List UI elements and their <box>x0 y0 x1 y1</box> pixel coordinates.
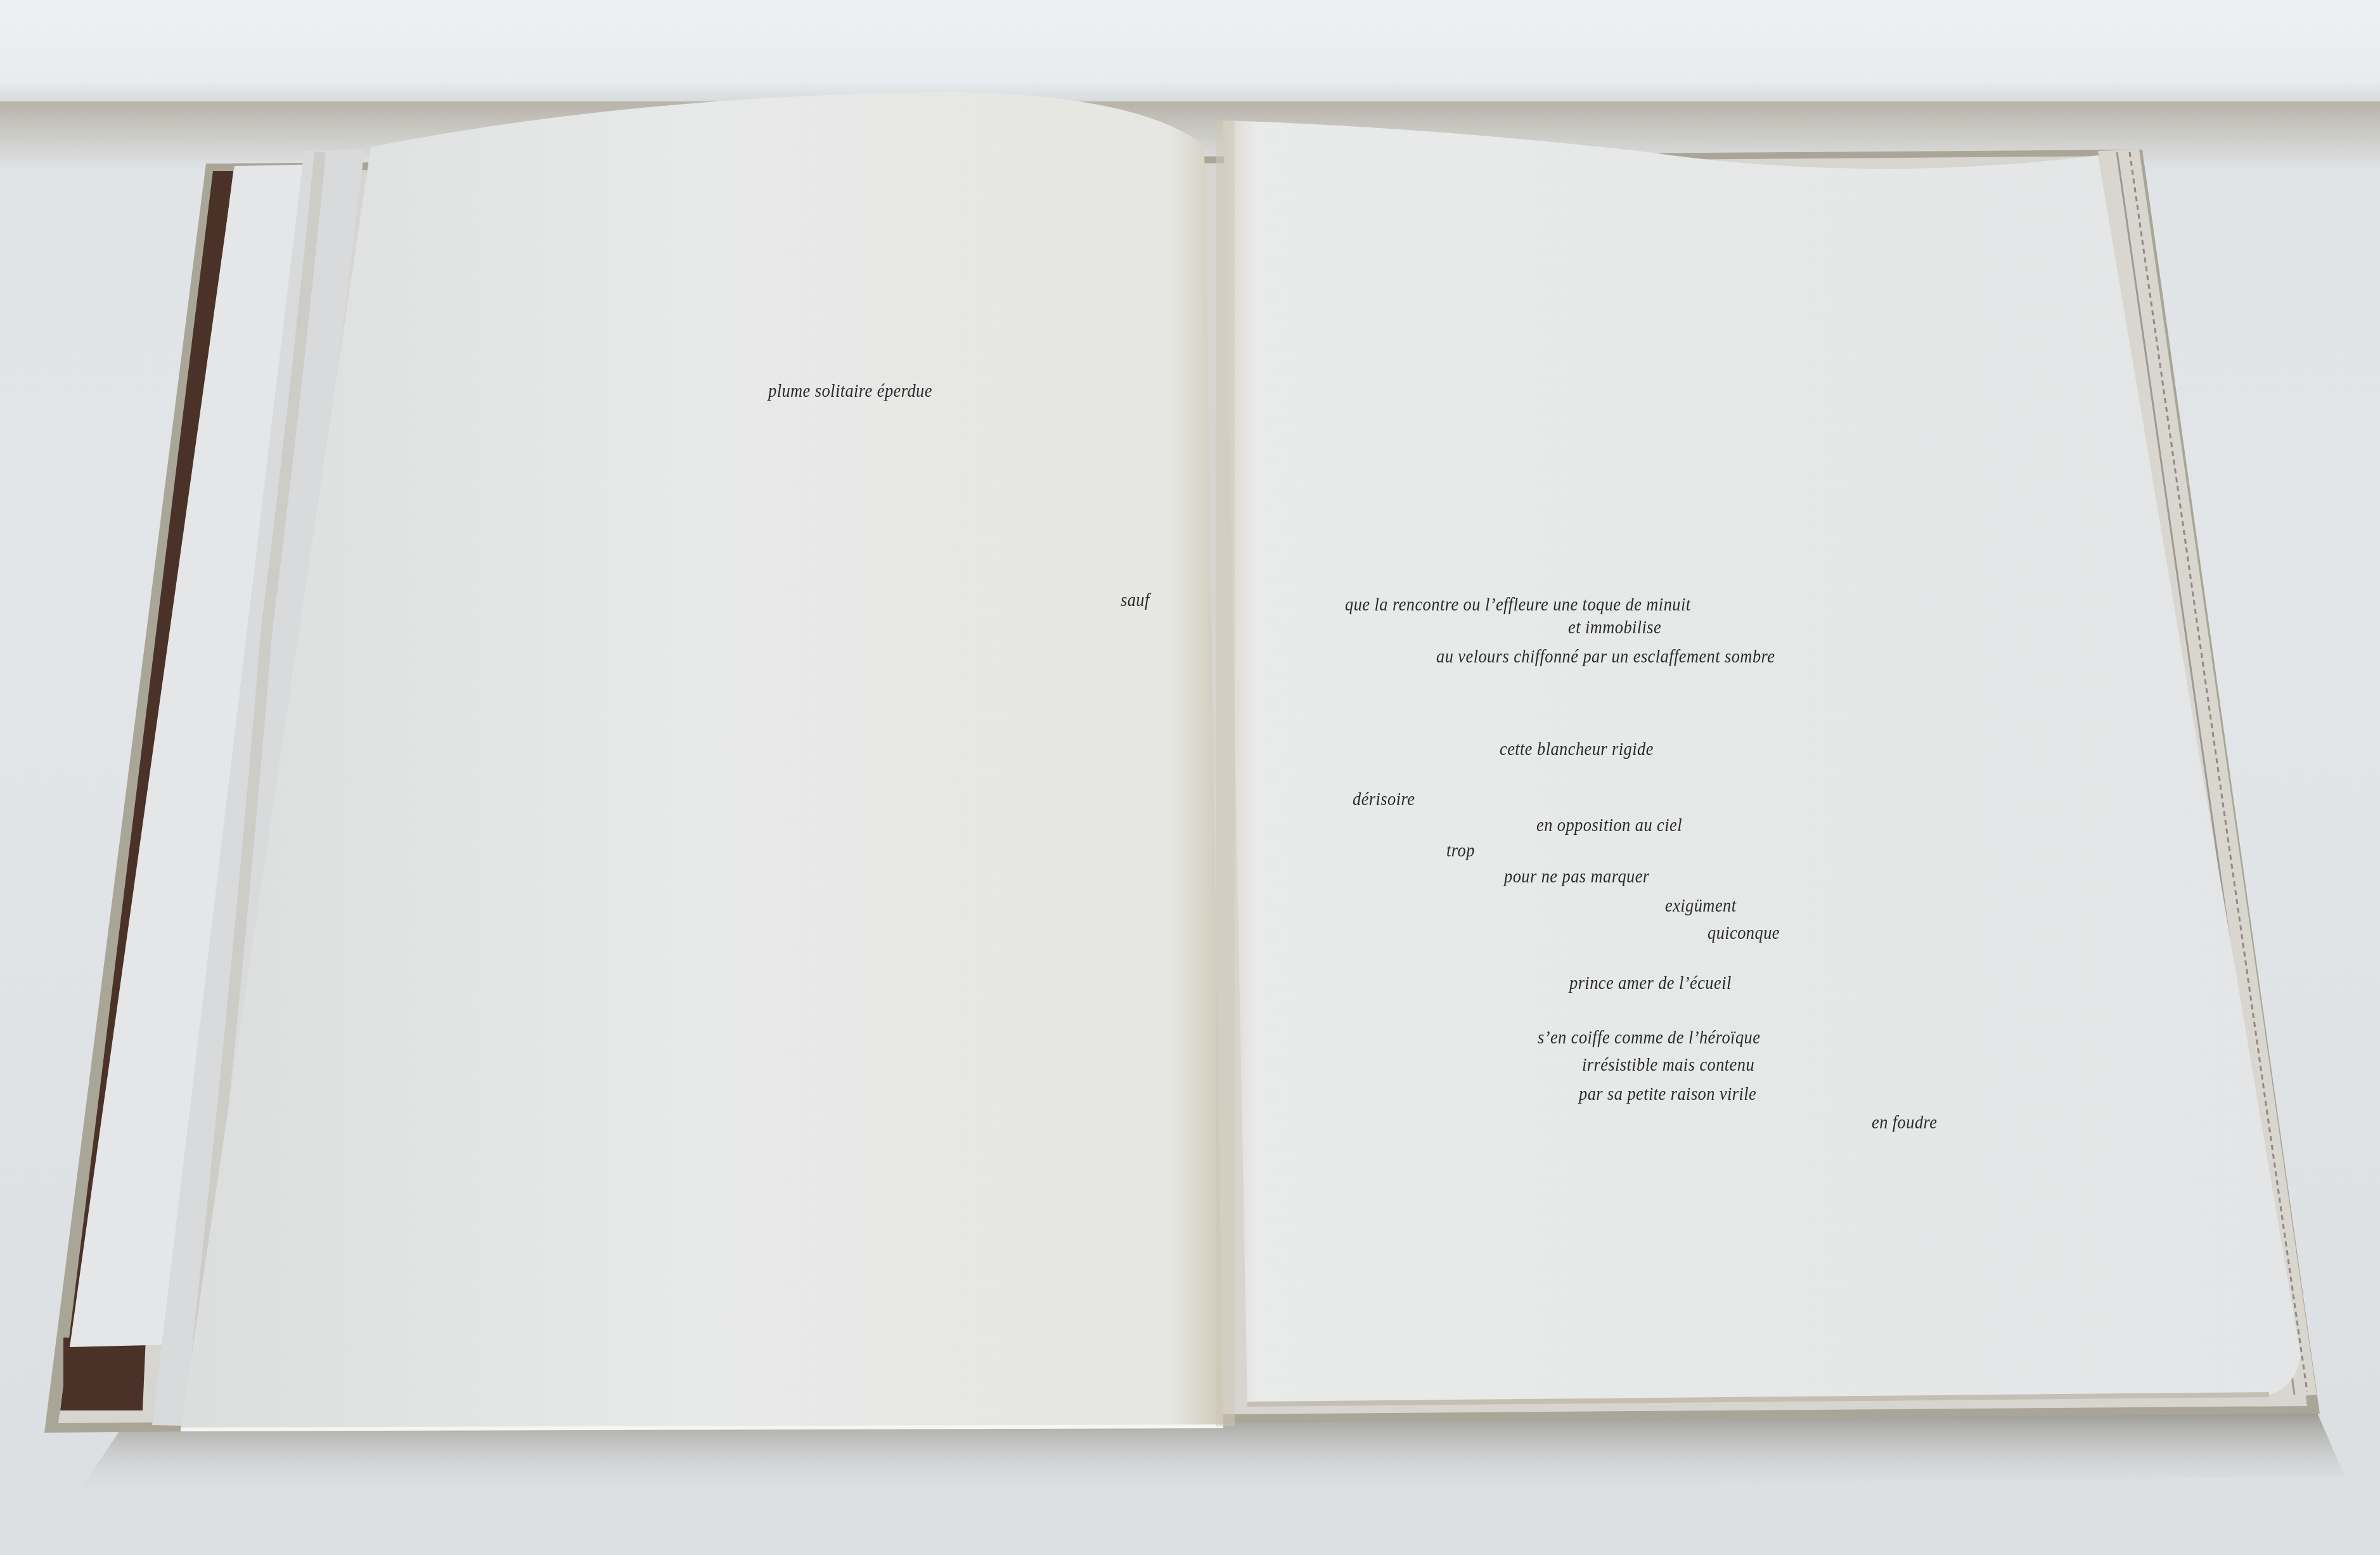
poem-line: en foudre <box>1872 1112 1937 1133</box>
poem-line: quiconque <box>1708 922 1780 944</box>
poem-line: par sa petite raison virile <box>1579 1083 1756 1105</box>
poem-line: sauf <box>1121 590 1150 611</box>
poem-line: trop <box>1446 840 1475 861</box>
poem-line: au velours chiffonné par un esclaffement… <box>1436 646 1775 668</box>
open-book <box>0 0 2380 1555</box>
poem-line: que la rencontre ou l’effleure une toque… <box>1345 594 1690 616</box>
poem-line: dérisoire <box>1353 789 1415 810</box>
poem-line: irrésistible mais contenu <box>1582 1054 1754 1076</box>
poem-line: plume solitaire éperdue <box>768 380 932 402</box>
poem-line: prince amer de l’écueil <box>1569 972 1732 994</box>
poem-line: s’en coiffe comme de l’héroïque <box>1538 1027 1760 1048</box>
poem-line: exigüment <box>1665 895 1736 917</box>
gutter <box>1216 120 1235 1426</box>
poem-line: pour ne pas marquer <box>1504 866 1650 887</box>
poem-line: en opposition au ciel <box>1536 815 1682 836</box>
poem-line: et immobilise <box>1568 617 1661 638</box>
poem-line: cette blancheur rigide <box>1500 739 1654 760</box>
